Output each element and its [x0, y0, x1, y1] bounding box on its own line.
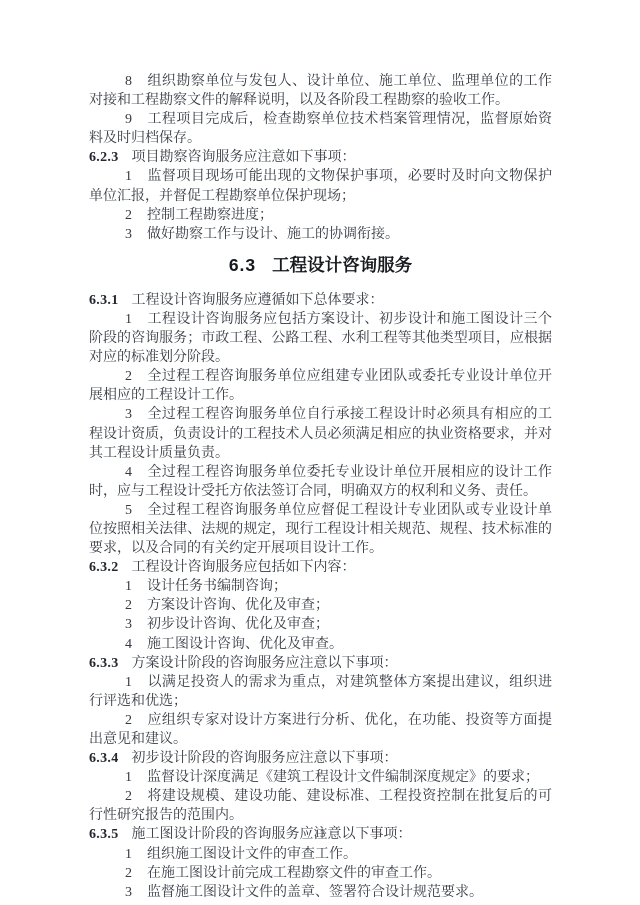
section-heading: 6.3工程设计咨询服务	[89, 253, 552, 277]
paragraph-text: 工程设计咨询服务应包括如下内容：	[132, 560, 356, 575]
document-page: 8组织勘察单位与发包人、设计单位、施工单位、监理单位的工作对接和工程勘察文件的解…	[0, 0, 640, 905]
paragraph-text: 设计任务书编制咨询；	[147, 579, 287, 594]
paragraph-text: 全过程工程咨询服务单位自行承接工程设计时必须具有相应的工程设计资质，负责设计的工…	[89, 407, 552, 460]
paragraph-text: 将建设规模、建设功能、建设标准、工程投资控制在批复后的可行性研究报告的范围内。	[89, 789, 552, 823]
paragraph-number: 2	[125, 866, 132, 881]
paragraph-number: 5	[125, 503, 132, 518]
paragraph-text: 方案设计咨询、优化及审查；	[147, 598, 329, 613]
clause-paragraph: 6.3.4初步设计阶段的咨询服务应注意以下事项：	[89, 749, 552, 768]
paragraph-text: 监督项目现场可能出现的文物保护事项，必要时及时向文物保护单位汇报，并督促工程勘察…	[89, 169, 552, 203]
paragraph-text: 全过程工程咨询服务单位应督促工程设计专业团队或专业设计单位按照相关法律、法规的规…	[89, 503, 552, 556]
paragraph-number: 8	[125, 74, 132, 89]
paragraph-number: 6.3.2	[89, 560, 119, 575]
paragraph-text: 初步设计咨询、优化及审查；	[147, 617, 329, 632]
list-item: 1工程设计咨询服务应包括方案设计、初步设计和施工图设计三个阶段的咨询服务；市政工…	[89, 310, 552, 367]
paragraph-text: 施工图设计咨询、优化及审查。	[147, 637, 343, 652]
paragraph-text: 工程设计咨询服务应遵循如下总体要求：	[132, 293, 384, 308]
clause-paragraph: 6.2.3项目勘察咨询服务应注意如下事项：	[89, 148, 552, 167]
paragraph-text: 工程设计咨询服务应包括方案设计、初步设计和施工图设计三个阶段的咨询服务；市政工程…	[89, 312, 552, 365]
paragraph-text: 初步设计阶段的咨询服务应注意以下事项：	[132, 751, 398, 766]
paragraph-number: 1	[125, 847, 132, 862]
paragraph-text: 组织施工图设计文件的审查工作。	[147, 847, 357, 862]
paragraph-number: 6.2.3	[89, 150, 119, 165]
paragraph-number: 1	[125, 312, 132, 327]
list-item: 2全过程工程咨询服务单位应组建专业团队或委托专业设计单位开展相应的工程设计工作。	[89, 367, 552, 405]
paragraph-number: 4	[125, 465, 132, 480]
paragraph-number: 1	[125, 675, 132, 690]
paragraph-number: 2	[125, 713, 132, 728]
paragraph-number: 6.3	[229, 255, 256, 275]
paragraph-text: 工程项目完成后，检查勘察单位技术档案管理情况，监督原始资料及时归档保存。	[89, 112, 552, 146]
list-item: 3初步设计咨询、优化及审查；	[89, 615, 552, 634]
list-item: 2在施工图设计前完成工程勘察文件的审查工作。	[89, 864, 552, 883]
list-item: 9工程项目完成后，检查勘察单位技术档案管理情况，监督原始资料及时归档保存。	[89, 110, 552, 148]
paragraph-number: 2	[125, 369, 132, 384]
list-item: 3做好勘察工作与设计、施工的协调衔接。	[89, 225, 552, 244]
paragraph-text: 在施工图设计前完成工程勘察文件的审查工作。	[147, 866, 441, 881]
paragraph-number: 3	[125, 407, 132, 422]
paragraph-number: 2	[125, 789, 132, 804]
paragraph-number: 3	[125, 617, 132, 632]
paragraph-text: 应组织专家对设计方案进行分析、优化，在功能、投资等方面提出意见和建议。	[89, 713, 552, 747]
paragraph-text: 组织勘察单位与发包人、设计单位、施工单位、监理单位的工作对接和工程勘察文件的解释…	[89, 74, 552, 108]
paragraph-number: 6.3.4	[89, 751, 119, 766]
paragraph-number: 1	[125, 770, 132, 785]
paragraph-number: 9	[125, 112, 132, 127]
paragraph-number: 3	[125, 227, 132, 242]
list-item: 2将建设规模、建设功能、建设标准、工程投资控制在批复后的可行性研究报告的范围内。	[89, 787, 552, 825]
paragraph-text: 监督设计深度满足《建筑工程设计文件编制深度规定》的要求；	[147, 770, 539, 785]
list-item: 2控制工程勘察进度；	[89, 206, 552, 225]
paragraph-text: 控制工程勘察进度；	[147, 208, 273, 223]
list-item: 1监督项目现场可能出现的文物保护事项，必要时及时向文物保护单位汇报，并督促工程勘…	[89, 167, 552, 205]
list-item: 2应组织专家对设计方案进行分析、优化，在功能、投资等方面提出意见和建议。	[89, 711, 552, 749]
clause-paragraph: 6.3.3方案设计阶段的咨询服务应注意以下事项：	[89, 654, 552, 673]
paragraph-number: 1	[125, 579, 132, 594]
list-item: 1设计任务书编制咨询；	[89, 577, 552, 596]
list-item: 1组织施工图设计文件的审查工作。	[89, 845, 552, 864]
paragraph-text: 全过程工程咨询服务单位委托专业设计单位开展相应的设计工作时，应与工程设计受托方依…	[89, 465, 552, 499]
list-item: 3全过程工程咨询服务单位自行承接工程设计时必须具有相应的工程设计资质，负责设计的…	[89, 405, 552, 462]
list-item: 4全过程工程咨询服务单位委托专业设计单位开展相应的设计工作时，应与工程设计受托方…	[89, 463, 552, 501]
list-item: 1监督设计深度满足《建筑工程设计文件编制深度规定》的要求；	[89, 768, 552, 787]
paragraph-text: 工程设计咨询服务	[272, 255, 412, 275]
text-column: 8组织勘察单位与发包人、设计单位、施工单位、监理单位的工作对接和工程勘察文件的解…	[89, 72, 552, 902]
list-item: 3监督施工图设计文件的盖章、签署符合设计规范要求。	[89, 883, 552, 902]
clause-paragraph: 6.3.1工程设计咨询服务应遵循如下总体要求：	[89, 291, 552, 310]
clause-paragraph: 6.3.2工程设计咨询服务应包括如下内容：	[89, 558, 552, 577]
paragraph-text: 做好勘察工作与设计、施工的协调衔接。	[147, 227, 399, 242]
list-item: 5全过程工程咨询服务单位应督促工程设计专业团队或专业设计单位按照相关法律、法规的…	[89, 501, 552, 558]
paragraph-text: 以满足投资人的需求为重点，对建筑整体方案提出建议，组织进行评选和优选；	[89, 675, 552, 709]
paragraph-number: 2	[125, 208, 132, 223]
paragraph-text: 方案设计阶段的咨询服务应注意以下事项：	[132, 656, 398, 671]
list-item: 8组织勘察单位与发包人、设计单位、施工单位、监理单位的工作对接和工程勘察文件的解…	[89, 72, 552, 110]
paragraph-number: 6.3.3	[89, 656, 119, 671]
paragraph-number: 4	[125, 637, 132, 652]
paragraph-number: 3	[125, 885, 132, 900]
list-item: 4施工图设计咨询、优化及审查。	[89, 635, 552, 654]
paragraph-number: 2	[125, 598, 132, 613]
list-item: 2方案设计咨询、优化及审查；	[89, 596, 552, 615]
page-number: 13	[0, 829, 640, 840]
list-item: 1以满足投资人的需求为重点，对建筑整体方案提出建议，组织进行评选和优选；	[89, 673, 552, 711]
paragraph-text: 监督施工图设计文件的盖章、签署符合设计规范要求。	[147, 885, 483, 900]
paragraph-text: 全过程工程咨询服务单位应组建专业团队或委托专业设计单位开展相应的工程设计工作。	[89, 369, 552, 403]
paragraph-number: 1	[125, 169, 132, 184]
paragraph-text: 项目勘察咨询服务应注意如下事项：	[132, 150, 356, 165]
paragraph-number: 6.3.1	[89, 293, 119, 308]
